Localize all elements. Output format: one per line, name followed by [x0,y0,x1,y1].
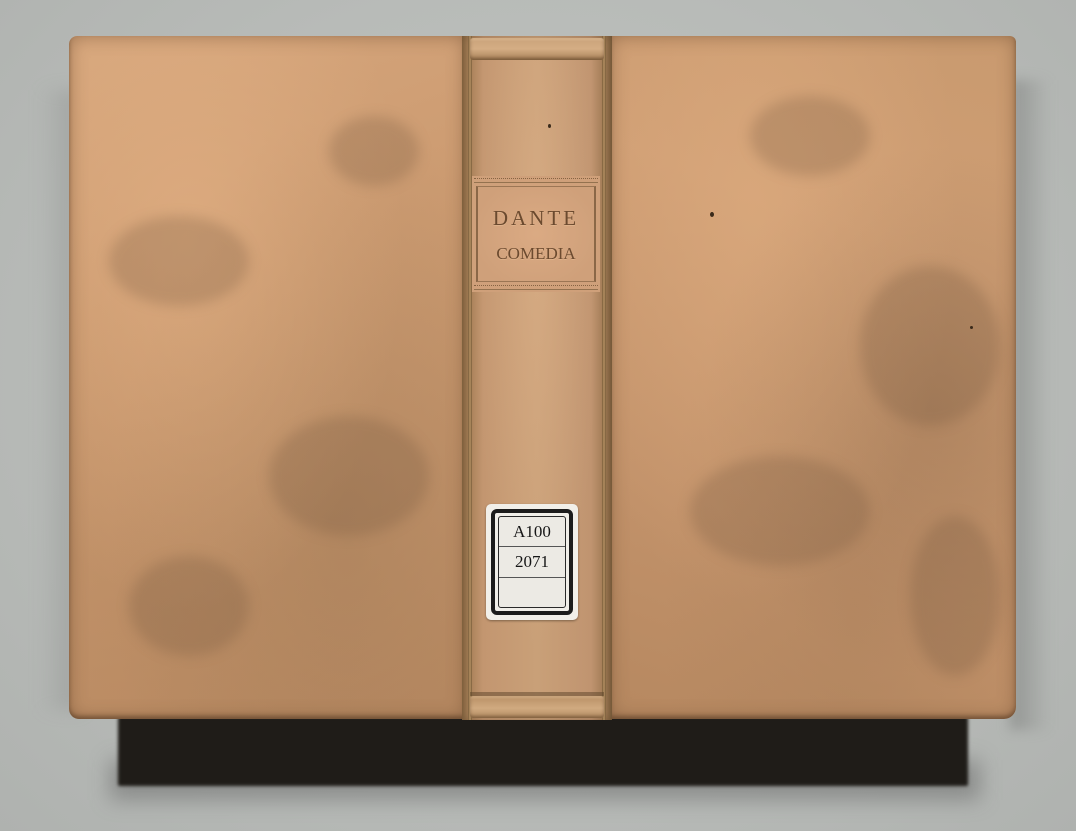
stain [750,96,870,176]
front-board [610,36,1016,719]
stain [109,216,249,306]
call-number-line-2: 2071 [499,547,565,577]
spine-title-author: DANTE [472,206,600,231]
soft-shadow-right [1010,80,1050,730]
tooled-frame [476,186,596,282]
tooled-rule-top [474,178,598,183]
label-body: A100 2071 [498,516,566,608]
book-cast-shadow [118,716,968,786]
stain [269,416,429,536]
ink-spot [970,326,973,329]
library-call-number-label: A100 2071 [486,504,578,620]
stain [329,116,419,186]
spine-title-panel: DANTE COMEDIA [472,176,600,292]
call-number-line-1: A100 [499,517,565,547]
stain [860,266,1000,426]
stain [690,456,870,566]
stain [910,516,1000,676]
call-number-line-3 [499,578,565,607]
spine-hinge-right [602,36,606,720]
spine-hinge-left [468,36,472,720]
label-border: A100 2071 [491,509,573,615]
tooled-rule-bottom [474,285,598,290]
spine-headcap [470,38,604,60]
spine-title-work: COMEDIA [472,244,600,264]
spine-tailcap [470,696,604,718]
stain [129,556,249,656]
spot [548,124,551,128]
back-board [69,36,465,719]
book-spine: DANTE COMEDIA A100 2071 [462,36,612,720]
ink-spot [710,212,714,217]
